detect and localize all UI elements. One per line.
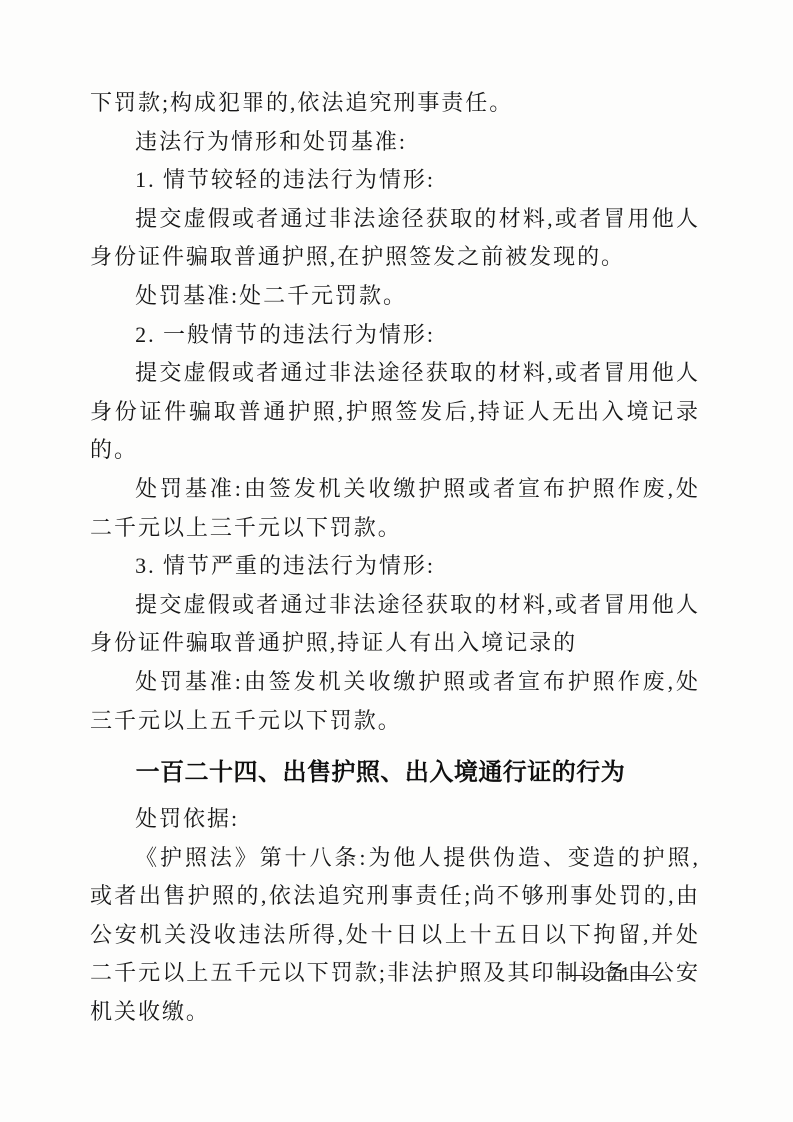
document-page: 下罚款;构成犯罪的,依法追究刑事责任。 违法行为情形和处罚基准: 1. 情节较轻… [0,0,793,1122]
page-footer: — 171 — [90,963,700,986]
paragraph: 违法行为情形和处罚基准: [90,123,700,162]
paragraph-item-3-penalty: 处罚基准:由签发机关收缴护照或者宣布护照作废,处三千元以上五千元以下罚款。 [90,663,700,740]
section-heading: 一百二十四、出售护照、出入境通行证的行为 [90,753,700,793]
paragraph-penalty-basis-label: 处罚依据: [90,800,700,839]
page-number: — 171 — [569,963,660,985]
paragraph-item-1-label: 1. 情节较轻的违法行为情形: [90,161,700,200]
paragraph-continuation: 下罚款;构成犯罪的,依法追究刑事责任。 [90,84,700,123]
paragraph-law-citation: 《护照法》第十八条:为他人提供伪造、变造的护照,或者出售护照的,依法追究刑事责任… [90,839,700,1032]
page-body: 下罚款;构成犯罪的,依法追究刑事责任。 违法行为情形和处罚基准: 1. 情节较轻… [90,84,700,1032]
paragraph-item-3-label: 3. 情节严重的违法行为情形: [90,547,700,586]
paragraph-item-2-situation: 提交虚假或者通过非法途径获取的材料,或者冒用他人身份证件骗取普通护照,护照签发后… [90,354,700,470]
paragraph-item-3-situation: 提交虚假或者通过非法途径获取的材料,或者冒用他人身份证件骗取普通护照,持证人有出… [90,586,700,663]
paragraph-item-1-situation: 提交虚假或者通过非法途径获取的材料,或者冒用他人身份证件骗取普通护照,在护照签发… [90,200,700,277]
paragraph-item-2-label: 2. 一般情节的违法行为情形: [90,316,700,355]
paragraph-item-1-penalty: 处罚基准:处二千元罚款。 [90,277,700,316]
paragraph-item-2-penalty: 处罚基准:由签发机关收缴护照或者宣布护照作废,处二千元以上三千元以下罚款。 [90,470,700,547]
